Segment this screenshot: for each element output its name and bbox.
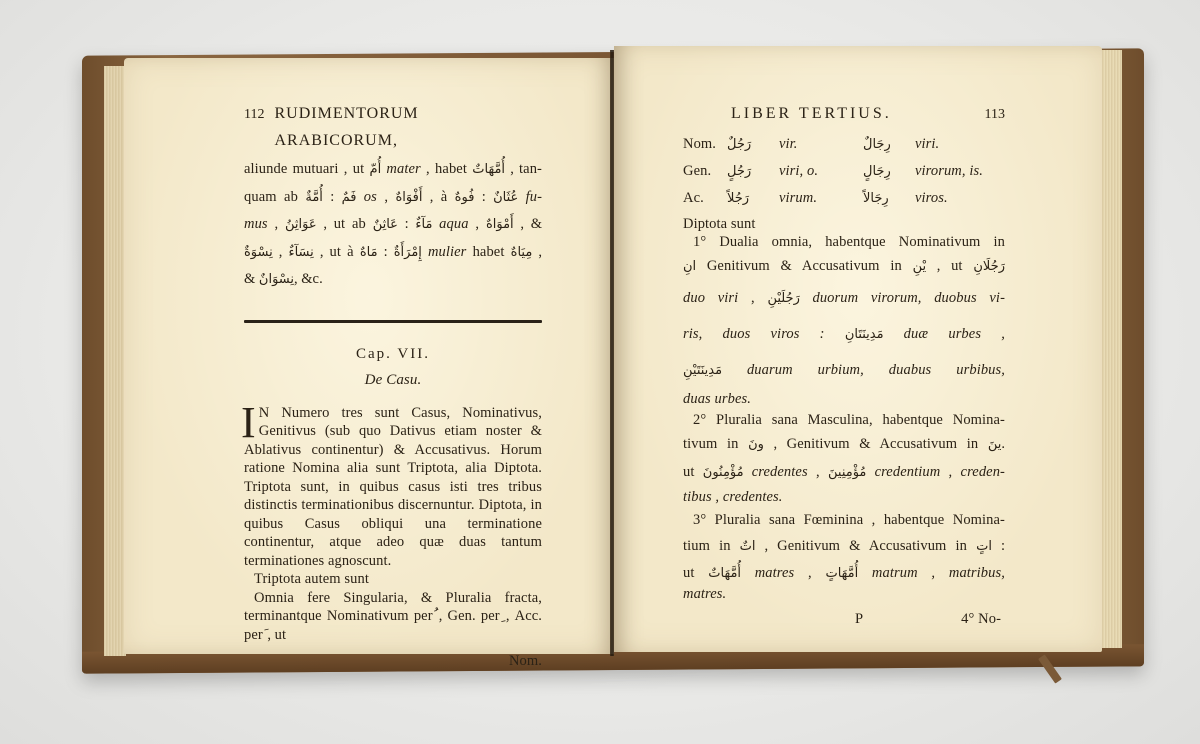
declension-row: Gen. رَجُلٍ viri, o. رِجَالٍ virorum, is… [683,158,1005,185]
running-head-title-left: RUDIMENTORUM ARABICORUM, [274,101,542,154]
item3-line2: tium in اتٌ , Genitivum & Accusativum in… [683,532,1005,561]
declension-table: Nom. رَجُلٌ vir. رِجَالٌ viri. Gen. رَجُ… [683,131,1005,212]
intro-line-2: quam ab أُمَّةٌ : فَمٌ os , أَفْوَاهٌ , … [244,184,542,212]
item2-line2: tivum in ونَ , Genitivum & Accusativum i… [683,430,1005,459]
page-number-left: 112 [244,102,264,129]
catchword-right: 4° No- [961,608,1001,630]
right-page-text: LIBER TERTIUS. 113 Nom. رَجُلٌ vir. رِجَ… [683,101,1005,630]
signature-mark: P [855,608,863,630]
page-number-right: 113 [985,102,1005,129]
diptota-heading: Diptota sunt [683,216,1005,232]
chapter-subtitle: De Casu. [244,367,542,394]
intro-line-5: & نِسْوَانٌ, &c. [244,266,542,294]
intro-line-4: نِسْوَةٌ , نِسَآءٌ , ut à مَاهٌ : إِمْرَ… [244,239,542,267]
paragraph-text: N Numero tres sunt Casus, Nominativus, G… [244,405,542,569]
intro-line-3: mus , عَوَاثِنُ , ut ab عَاثِنٌ : مَآءٌ … [244,211,542,239]
item3-line4: matres. [683,586,1005,602]
item1-line2: انِ Genitivum & Accusativum in يْنِ , ut… [683,252,1005,281]
left-page-edges [104,66,126,656]
right-running-head: LIBER TERTIUS. 113 [683,101,1005,129]
chapter-heading: Cap. VII. [244,341,542,368]
item1-line3: duo viri , رَجُلَيْنِ duorum virorum, du… [683,281,1005,316]
declension-row: Ac. رَجُلاً virum. رِجَالاً viros. [683,185,1005,212]
right-page-edges [1100,50,1122,648]
triptota-text: Omnia fere Singularia, & Pluralia fracta… [244,589,542,645]
item1-line4: ris, duos viros : مَدِينَتَانِ duæ urbes… [683,316,1005,353]
item1-line6: duas urbes. [683,388,1005,410]
item1-line1: 1° Dualia omnia, habentque Nominativum i… [683,232,1005,252]
drop-cap: I [241,405,256,441]
left-page-text: 112 RUDIMENTORUM ARABICORUM, aliunde mut… [244,101,542,671]
right-page-footer: P 4° No- [683,608,1005,630]
declension-row: Nom. رَجُلٌ vir. رِجَالٌ viri. [683,131,1005,158]
section-divider-rule [244,320,542,323]
diptota-section: Diptota sunt 1° Dualia omnia, habentque … [683,216,1005,630]
triptota-heading: Triptota autem sunt [244,570,542,589]
item3-line1: 3° Pluralia sana Fœminina , habentque No… [683,508,1005,532]
item2-line4: tibus , credentes. [683,486,1005,508]
catchword-left: Nom. [244,652,542,671]
book-gutter [610,50,614,656]
intro-line-1: aliunde mutuari , ut أُمّ mater , habet … [244,156,542,184]
item2-line1: 2° Pluralia sana Masculina, habentque No… [683,410,1005,430]
item2-line3: ut مُؤْمِنُونَ credentes , مُؤْمِنِينَ c… [683,459,1005,486]
left-running-head: 112 RUDIMENTORUM ARABICORUM, [244,101,542,154]
item3-line3: ut أُمَّهَاتٌ matres , أُمَّهَاتٍ matrum… [683,561,1005,586]
chapter-paragraph: IN Numero tres sunt Casus, Nominativus, … [244,404,542,571]
running-head-title-right: LIBER TERTIUS. [731,101,892,128]
item1-line5: مَدِينَتَيْنِ duarum urbium, duabus urbi… [683,353,1005,388]
